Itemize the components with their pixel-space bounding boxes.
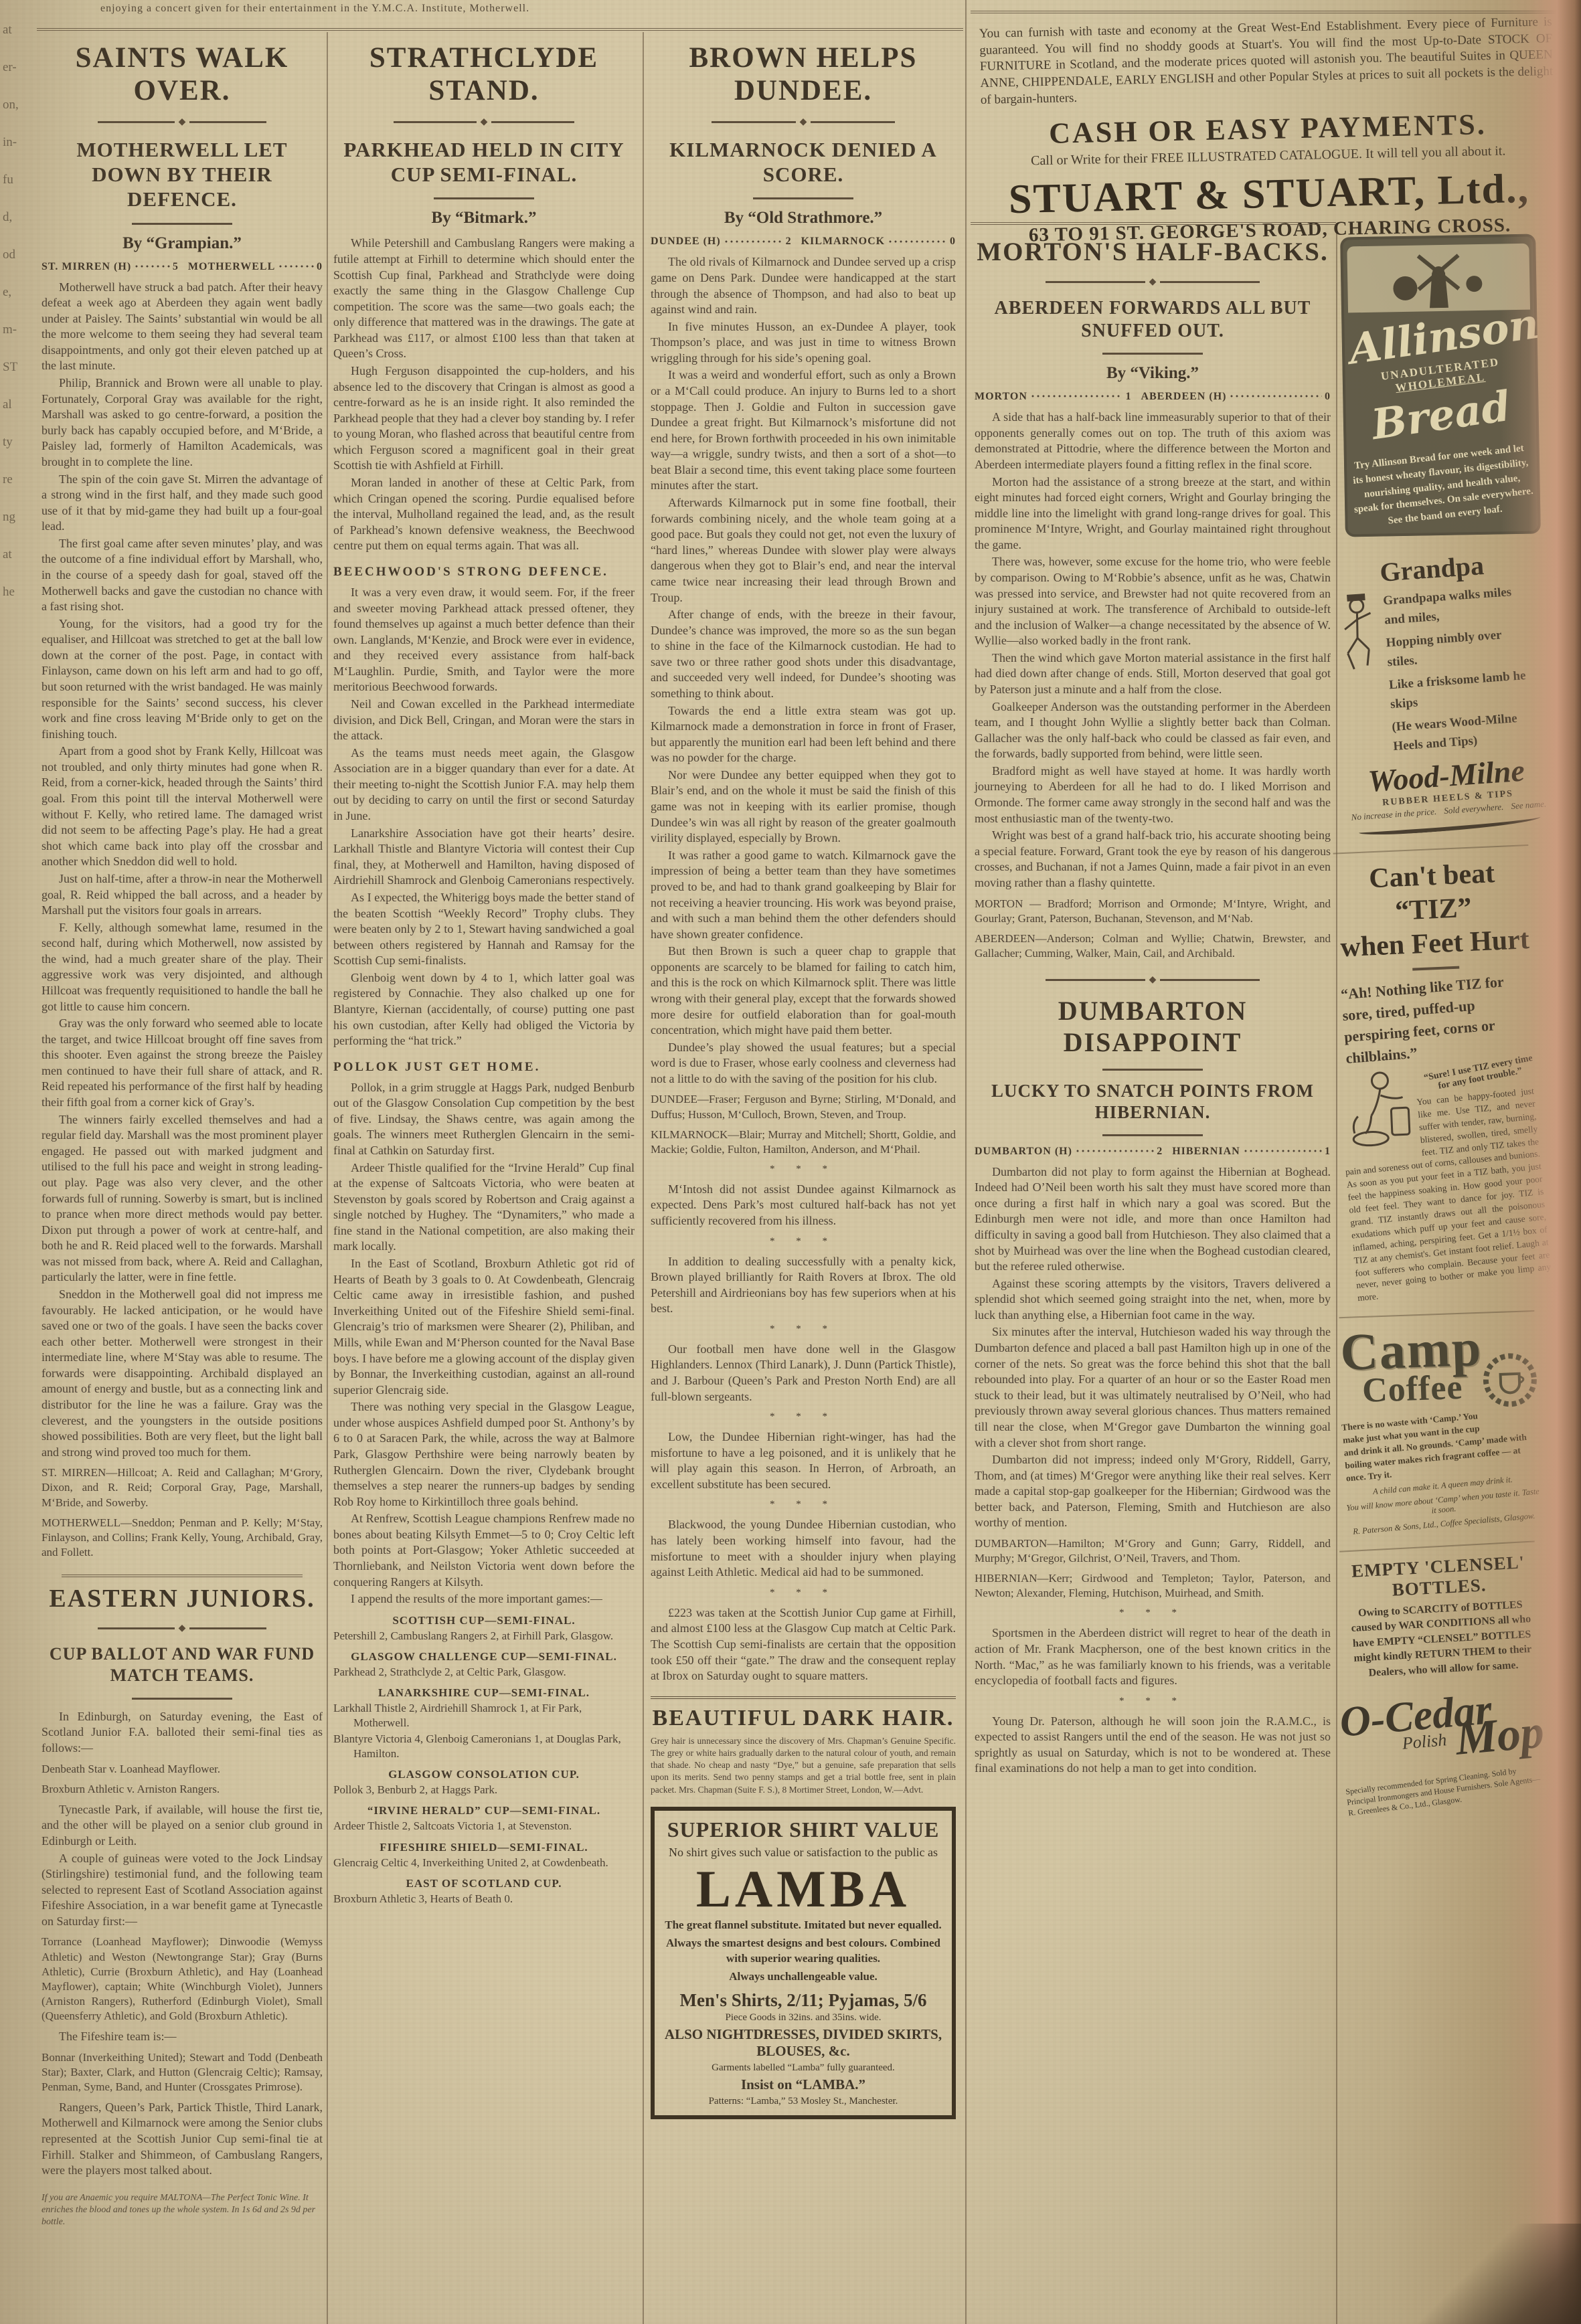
edge-fragment: on, [3,98,33,112]
paragraph: Blackwood, the young Dundee Hibernian cu… [651,1517,956,1580]
edge-fragment: fu [3,173,33,187]
edge-fragment: at [3,23,33,37]
team-list: HIBERNIAN—Kerr; Girdwood and Templeton; … [975,1571,1331,1601]
paragraph: The winners fairly excelled themselves a… [41,1112,323,1285]
top-partial-line: enjoying a concert given for their enter… [100,3,904,15]
grandpa-figure-icon [1336,592,1382,679]
lamba-piece-goods: Piece Goods in 32ins. and 35ins. wide. [663,2012,944,2024]
short-rule [1102,353,1203,355]
result-line: Glencraig Celtic 4, Inverkeithing United… [333,1856,635,1870]
paragraph: Tynecastle Park, if available, will hous… [41,1802,323,1850]
paragraph: M‘Intosh did not assist Dundee against K… [651,1182,956,1229]
away-score: 1 [1325,1146,1331,1158]
verse-line: Like a frisksome lamb he skips [1388,666,1539,714]
edge-fragment: ty [3,435,33,450]
paragraph: After change of ends, with the breeze in… [651,607,956,701]
paragraph: It was a weird and wonderful effort, suc… [651,367,956,494]
paragraph: But then Brown is such a queer chap to g… [651,944,956,1038]
article-body: A side that has a half-back line immeasu… [975,410,1331,961]
team-list: MORTON — Bradford; Morrison and Ormonde;… [975,897,1331,926]
paragraph: Morton had the assistance of a strong br… [975,474,1331,553]
article-body: The old rivals of Kilmarnock and Dundee … [651,254,956,1684]
short-rule [132,223,232,225]
team-list: ABERDEEN—Anderson; Colman and Wyllie; Ch… [975,931,1331,961]
home-score: 2 [786,236,792,248]
lamba-insist: Insist on “LAMBA.” [663,2076,944,2093]
paragraph: Neil and Cowan excelled in the Parkhead … [333,697,635,744]
lamba-also: ALSO NIGHTDRESSES, DIVIDED SKIRTS, BLOUS… [663,2026,944,2060]
paragraph: Low, the Dundee Hibernian right-winger, … [651,1429,956,1492]
eastern-subhead: CUP BALLOT AND WAR FUND MATCH TEAMS. [41,1643,323,1687]
scoreline: ST. MIRREN (H)5 MOTHERWELL0 [41,261,323,273]
result-line: Broxburn Athletic 3, Hearts of Beath 0. [333,1892,635,1906]
diamond-icon: ◆ [1149,276,1157,288]
ad-ocedar-mop: O-Cedar Polish Mop Specially recommended… [1338,1686,1543,1815]
team-list: KILMARNOCK—Blair; Murray and Mitchell; S… [651,1128,956,1157]
diamond-icon: ◆ [1149,974,1157,986]
paragraph: Philip, Brannick and Brown were all unab… [41,375,323,470]
ad-tiz: Can't beat “TIZ” when Feet Hurt “Ah! Not… [1333,844,1548,1300]
paragraph: Dundee’s play showed the usual features;… [651,1040,956,1087]
result-line: Pollok 3, Benburb 2, at Haggs Park. [333,1783,635,1797]
corner-shadow [1407,2224,1581,2324]
home-score: 1 [1125,391,1131,403]
paragraph: £223 was taken at the Scottish Junior Cu… [651,1605,956,1684]
scoreline: MORTON1 ABERDEEN (H)0 [975,391,1331,403]
edge-fragment: he [3,585,33,600]
paragraph: Bradford might as well have stayed at ho… [975,764,1331,826]
diamond-icon: ◆ [481,116,488,128]
paragraph: While Petershill and Cambuslang Rangers … [333,236,635,362]
byline: By “Old Strathmore.” [651,209,956,228]
windmill-illustration [1347,244,1530,313]
ad-stuart-and-stuart: You can furnish with taste and economy a… [973,14,1564,248]
clensel-body: Owing to SCARCITY of BOTTLES caused by W… [1342,1597,1541,1682]
edge-fragment: at [3,547,33,562]
result-heading: EAST OF SCOTLAND CUP. [333,1877,635,1890]
paragraph: Goalkeeper Anderson was the outstanding … [975,699,1331,762]
sub-headline: LUCKY TO SNATCH POINTS FROM HIBERNIAN. [981,1080,1324,1124]
paragraph: Just on half-time, after a throw-in near… [41,871,323,919]
away-score: 0 [1325,391,1331,403]
diamond-icon: ◆ [179,116,186,128]
asterisk-separator: * * * [975,1696,1331,1707]
lamba-line: Always the smartest designs and best col… [663,1936,944,1967]
eastern-headline: EASTERN JUNIORS. [41,1584,323,1613]
scoreline: DUMBARTON (H)2 HIBERNIAN1 [975,1146,1331,1158]
ad-beautiful-dark-hair: BEAUTIFUL DARK HAIR. Grey hair is unnece… [651,1696,956,1796]
paragraph: At Renfrew, Scottish League champions Re… [333,1511,635,1590]
allinson-body: Try Allinson Bread for one week and let … [1348,441,1537,533]
ad-body: Grey hair is unnecessary since the disco… [651,1735,956,1796]
team-list: DUMBARTON—Hamilton; M‘Grory and Gunn; Ga… [975,1536,1331,1566]
paragraph: Dumbarton did not impress; indeed only M… [975,1452,1331,1531]
camp-body: There is no waste with ‘Camp.’ You make … [1341,1405,1542,1485]
home-score: 5 [173,261,179,273]
section-rule [62,1575,303,1577]
asterisk-separator: * * * [651,1164,956,1175]
left-edge-fragments: ater-on,in-fud,ode,m-STaltyrengathe [3,0,33,2324]
short-rule [434,197,534,199]
home-score: 2 [1157,1146,1163,1158]
home-team: DUMBARTON (H) [975,1146,1072,1158]
paragraph: Young, for the visitors, had a good try … [41,616,323,743]
ornament-divider: ◆ [98,116,266,128]
edge-fragment: er- [3,60,33,75]
paragraph: Sneddon in the Motherwell goal did not i… [41,1287,323,1460]
paragraph: Glenboig went down by 4 to 1, which latt… [333,970,635,1049]
stuart-intro: You can furnish with taste and economy a… [979,14,1554,108]
paragraph: In addition to dealing successfully with… [651,1254,956,1317]
result-line: Parkhead 2, Strathclyde 2, at Celtic Par… [333,1665,635,1680]
paragraph: As the teams must needs meet again, the … [333,745,635,824]
verse-line: (He wears Wood-Milne Heels and Tips) [1392,707,1542,755]
top-rule-left [37,28,963,31]
ornament-divider: ◆ [394,116,574,128]
ornament-divider: ◆ [1046,974,1259,986]
paragraph: In the East of Scotland, Broxburn Athlet… [333,1256,635,1398]
tiz-quote: “Ah! Nothing like TIZ for sore, tired, p… [1340,969,1536,1069]
team-list: MOTHERWELL—Sneddon; Penman and P. Kelly;… [41,1516,323,1560]
edge-fragment: d, [3,210,33,225]
lamba-guarantee: Garments labelled “Lamba” fully guarante… [663,2062,944,2074]
tiz-headline-1: Can't beat “TIZ” [1333,855,1531,931]
byline: By “Grampian.” [41,234,323,253]
paragraph: Ardeer Thistle qualified for the “Irvine… [333,1160,635,1255]
result-line: Ardeer Thistle 2, Saltcoats Victoria 1, … [333,1819,635,1834]
team-list: Broxburn Athletic v. Arniston Rangers. [41,1782,323,1797]
paragraph: Young Dr. Paterson, although he will soo… [975,1714,1331,1777]
top-rule-right [971,11,1560,13]
sub-section-heading: POLLOK JUST GET HOME. [333,1060,635,1075]
ad-clensel-bottles: EMPTY 'CLENSEL' BOTTLES. Owing to SCARCI… [1339,1541,1542,1682]
paragraph: Wright was best of a grand half-back tri… [975,828,1331,891]
headline: STRATHCLYDE STAND. [333,41,635,107]
paragraph: The Fifeshire team is:— [41,2029,323,2045]
ad-lamba: SUPERIOR SHIRT VALUE No shirt gives such… [651,1807,956,2119]
paragraph: There was, however, some excuse for the … [975,554,1331,648]
team-list: Denbeath Star v. Loanhead Mayflower. [41,1762,323,1777]
ad-headline: BEAUTIFUL DARK HAIR. [651,1706,956,1731]
paragraph: Afterwards Kilmarnock put in some fine f… [651,495,956,606]
ocedar-mop: Mop [1453,1706,1540,1766]
ornament-divider: ◆ [712,116,895,128]
away-team: KILMARNOCK [801,236,886,248]
asterisk-separator: * * * [651,1236,956,1247]
article-body: Dumbarton did not play to form against t… [975,1164,1331,1777]
byline: By “Bitmark.” [333,209,635,228]
short-rule [1102,1134,1203,1136]
morton-top-rule [971,222,1336,225]
result-heading: FIFESHIRE SHIELD—SEMI-FINAL. [333,1841,635,1854]
edge-fragment: re [3,472,33,487]
column-dundee: BROWN HELPS DUNDEE. ◆ KILMARNOCK DENIED … [651,37,956,2119]
column-morton-dumbarton: MORTON'S HALF-BACKS. ◆ ABERDEEN FORWARDS… [975,233,1331,1778]
headline: DUMBARTON DISAPPOINT [975,995,1331,1058]
diamond-icon: ◆ [179,1623,186,1634]
advert-column: Allinson UNADULTERATED WHOLEMEAL Bread T… [1343,236,1538,1824]
away-team: MOTHERWELL [188,261,275,273]
lamba-intro: No shirt gives such value or satisfactio… [663,1845,944,1860]
home-team: DUNDEE (H) [651,236,721,248]
paragraph: Six minutes after the interval, Hutchies… [975,1324,1331,1451]
edge-fragment: ST [3,360,33,375]
short-rule [132,1698,232,1700]
ornament-divider: ◆ [98,1623,266,1634]
lamba-line: The great flannel substitute. Imitated b… [663,1918,944,1933]
paragraph: In Edinburgh, on Saturday evening, the E… [41,1709,323,1757]
asterisk-separator: * * * [651,1499,956,1510]
ad-camp-coffee: Camp Coffee There is no waste with ‘Camp… [1339,1310,1542,1532]
paragraph: Lanarkshire Association have got their h… [333,826,635,889]
team-list: Bonnar (Inverkeithing United); Stewart a… [41,2050,323,2094]
ad-wood-milne: Grandpa Grandpapa walks miles and miles,… [1333,546,1548,837]
paragraph: Against these scoring attempts by the vi… [975,1276,1331,1324]
ornament-divider: ◆ [1046,276,1259,288]
paragraph: Then the wind which gave Morton material… [975,650,1331,698]
short-rule [753,197,853,199]
result-heading: SCOTTISH CUP—SEMI-FINAL. [333,1614,635,1627]
paragraph: A side that has a half-back line immeasu… [975,410,1331,472]
paragraph: Motherwell have struck a bad patch. Afte… [41,280,323,374]
sub-headline: MOTHERWELL LET DOWN BY THEIR DEFENCE. [48,137,316,212]
lamba-patterns: Patterns: “Lamba,” 53 Mosley St., Manche… [663,2096,944,2107]
result-heading: LANARKSHIRE CUP—SEMI-FINAL. [333,1686,635,1700]
paragraph: As I expected, the Whiterigg boys made t… [333,890,635,969]
column-rule-1 [327,32,328,2324]
tiz-body: You can be happy-footed just like me. Us… [1339,1085,1553,1305]
paragraph: The first goal came after seven minutes’… [41,536,323,615]
result-heading: “IRVINE HERALD” CUP—SEMI-FINAL. [333,1804,635,1817]
team-list: DUNDEE—Fraser; Ferguson and Byrne; Stirl… [651,1092,956,1122]
result-line: Blantyre Victoria 4, Glenboig Cameronian… [333,1732,635,1761]
clensel-headline: EMPTY 'CLENSEL' BOTTLES. [1340,1552,1537,1603]
result-heading: GLASGOW CHALLENGE CUP—SEMI-FINAL. [333,1650,635,1664]
paragraph: Gray was the only forward who seemed abl… [41,1016,323,1110]
paragraph: Towards the end a little extra steam was… [651,703,956,766]
paragraph: In five minutes Husson, an ex-Dundee A p… [651,319,956,367]
headline: MORTON'S HALF-BACKS. [975,237,1331,267]
sub-section-heading: BEECHWOOD'S STRONG DEFENCE. [333,565,635,579]
article-body: While Petershill and Cambuslang Rangers … [333,236,635,1906]
away-score: 0 [317,261,323,273]
column-rule-2 [643,32,644,2324]
paragraph: The spin of the coin gave St. Mirren the… [41,472,323,535]
paragraph: Hugh Ferguson disappointed the cup-holde… [333,363,635,474]
sub-headline: KILMARNOCK DENIED A SCORE. [657,137,949,187]
paragraph: Moran landed in another of these at Celt… [333,475,635,554]
paragraph: Apart from a good shot by Frank Kelly, H… [41,743,323,870]
verse-line: Grandpapa walks miles and miles, [1382,582,1533,630]
column-rule-4 [1336,228,1337,2324]
paragraph: Rangers, Queen’s Park, Partick Thistle, … [41,2100,323,2179]
paragraph: F. Kelly, although somewhat lame, resume… [41,920,323,1014]
away-team: HIBERNIAN [1172,1146,1240,1158]
headline: BROWN HELPS DUNDEE. [651,41,956,107]
byline: By “Viking.” [975,364,1331,383]
short-rule [1102,1069,1203,1071]
edge-fragment: al [3,397,33,412]
paragraph: Sportsmen in the Aberdeen district will … [975,1625,1331,1688]
newspaper-page: enjoying a concert given for their enter… [0,0,1581,2324]
edge-fragment: m- [3,323,33,337]
scoreline: DUNDEE (H)2 KILMARNOCK0 [651,236,956,248]
result-line: Petershill 2, Cambuslang Rangers 2, at F… [333,1629,635,1643]
lamba-line: Always unchallengeable value. [663,1969,944,1985]
asterisk-separator: * * * [975,1607,1331,1619]
asterisk-separator: * * * [651,1411,956,1423]
away-team: ABERDEEN (H) [1141,391,1226,403]
dash-rule [1412,966,1459,971]
edge-fragment: e, [3,285,33,300]
verse-line: Hopping nimbly over stiles. [1386,624,1536,672]
lamba-brand: LAMBA [663,1863,944,1915]
paragraph: There was nothing very special in the Gl… [333,1399,635,1510]
result-line: Larkhall Thistle 2, Airdriehill Shamrock… [333,1701,635,1730]
diamond-icon: ◆ [800,116,807,128]
paragraph: It was a very even draw, it would seem. … [333,585,635,695]
away-score: 0 [950,236,956,248]
column-saints: SAINTS WALK OVER. ◆ MOTHERWELL LET DOWN … [41,37,323,2228]
column-rule-3 [965,0,967,2324]
team-list: ST. MIRREN—Hillcoat; A. Reid and Callagh… [41,1465,323,1510]
sub-headline: ABERDEEN FORWARDS ALL BUT SNUFFED OUT. [981,297,1324,342]
paragraph: Dumbarton did not play to form against t… [975,1164,1331,1275]
edge-fragment: in- [3,135,33,150]
result-heading: GLASGOW CONSOLATION CUP. [333,1768,635,1781]
article-body: Motherwell have struck a bad patch. Afte… [41,280,323,1560]
asterisk-separator: * * * [651,1324,956,1335]
home-team: ST. MIRREN (H) [41,261,131,273]
headline: SAINTS WALK OVER. [41,41,323,107]
ocedar-body: Specially recommended for Spring Cleanin… [1345,1763,1543,1819]
asterisk-separator: * * * [651,1587,956,1599]
paragraph: Nor were Dundee any better equipped when… [651,768,956,846]
home-team: MORTON [975,391,1027,403]
lamba-banner: SUPERIOR SHIRT VALUE [663,1817,944,1842]
note-name: See name. [1511,798,1547,812]
tonic-wine-footnote: If you are Anaemic you require MALTONA—T… [41,2192,323,2229]
eastern-body: In Edinburgh, on Saturday evening, the E… [41,1709,323,2179]
paragraph: Pollok, in a grim struggle at Haggs Park… [333,1080,635,1159]
team-list: Torrance (Loanhead Mayflower); Dinwoodie… [41,1935,323,2024]
edge-fragment: od [3,248,33,262]
sub-headline: PARKHEAD HELD IN CITY CUP SEMI-FINAL. [340,137,628,187]
column-strathclyde: STRATHCLYDE STAND. ◆ PARKHEAD HELD IN CI… [333,37,635,1908]
lamba-prices: Men's Shirts, 2/11; Pyjamas, 5/6 [663,1990,944,2011]
paragraph: The old rivals of Kilmarnock and Dundee … [651,254,956,317]
paragraph: I append the results of the more importa… [333,1591,635,1607]
paragraph: It was rather a good game to watch. Kilm… [651,848,956,942]
edge-fragment: ng [3,510,33,525]
paragraph: A couple of guineas were voted to the Jo… [41,1851,323,1930]
ad-allinson-bread: Allinson UNADULTERATED WHOLEMEAL Bread T… [1340,234,1541,537]
paragraph: Our football men have done well in the G… [651,1342,956,1405]
